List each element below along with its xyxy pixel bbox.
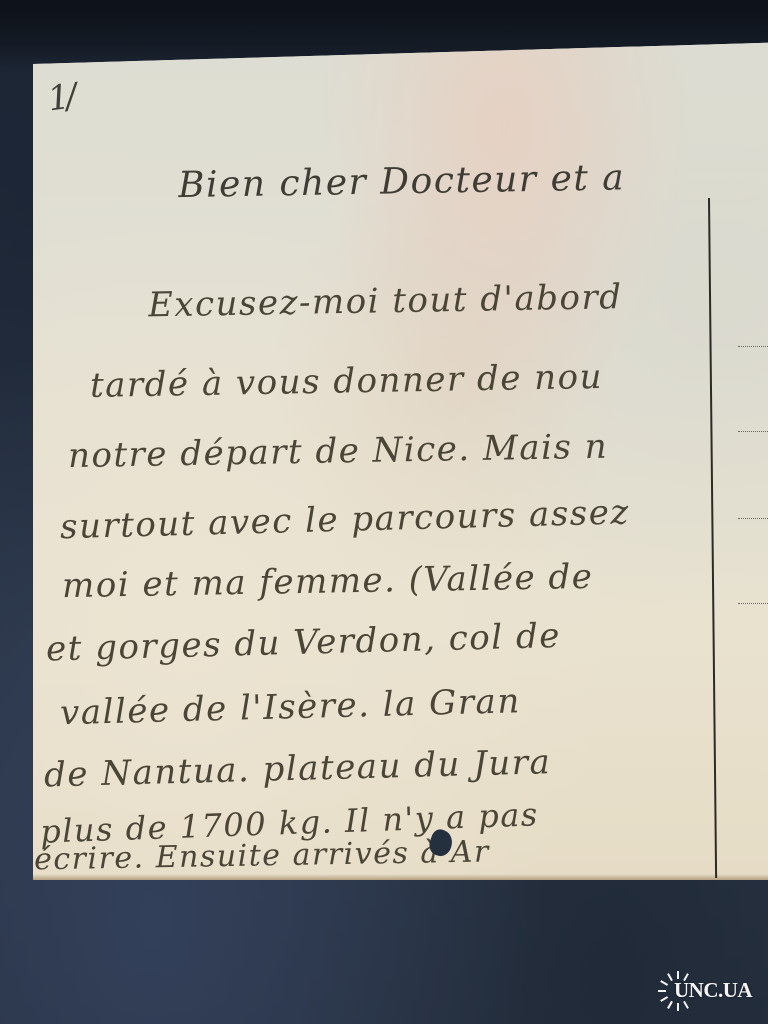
address-dotted-line [738,603,768,604]
watermark-text: UNC.UA [674,978,752,1003]
address-dotted-line [738,346,768,347]
watermark: UNC.UA [656,966,766,1016]
page-number: 1/ [45,76,75,119]
